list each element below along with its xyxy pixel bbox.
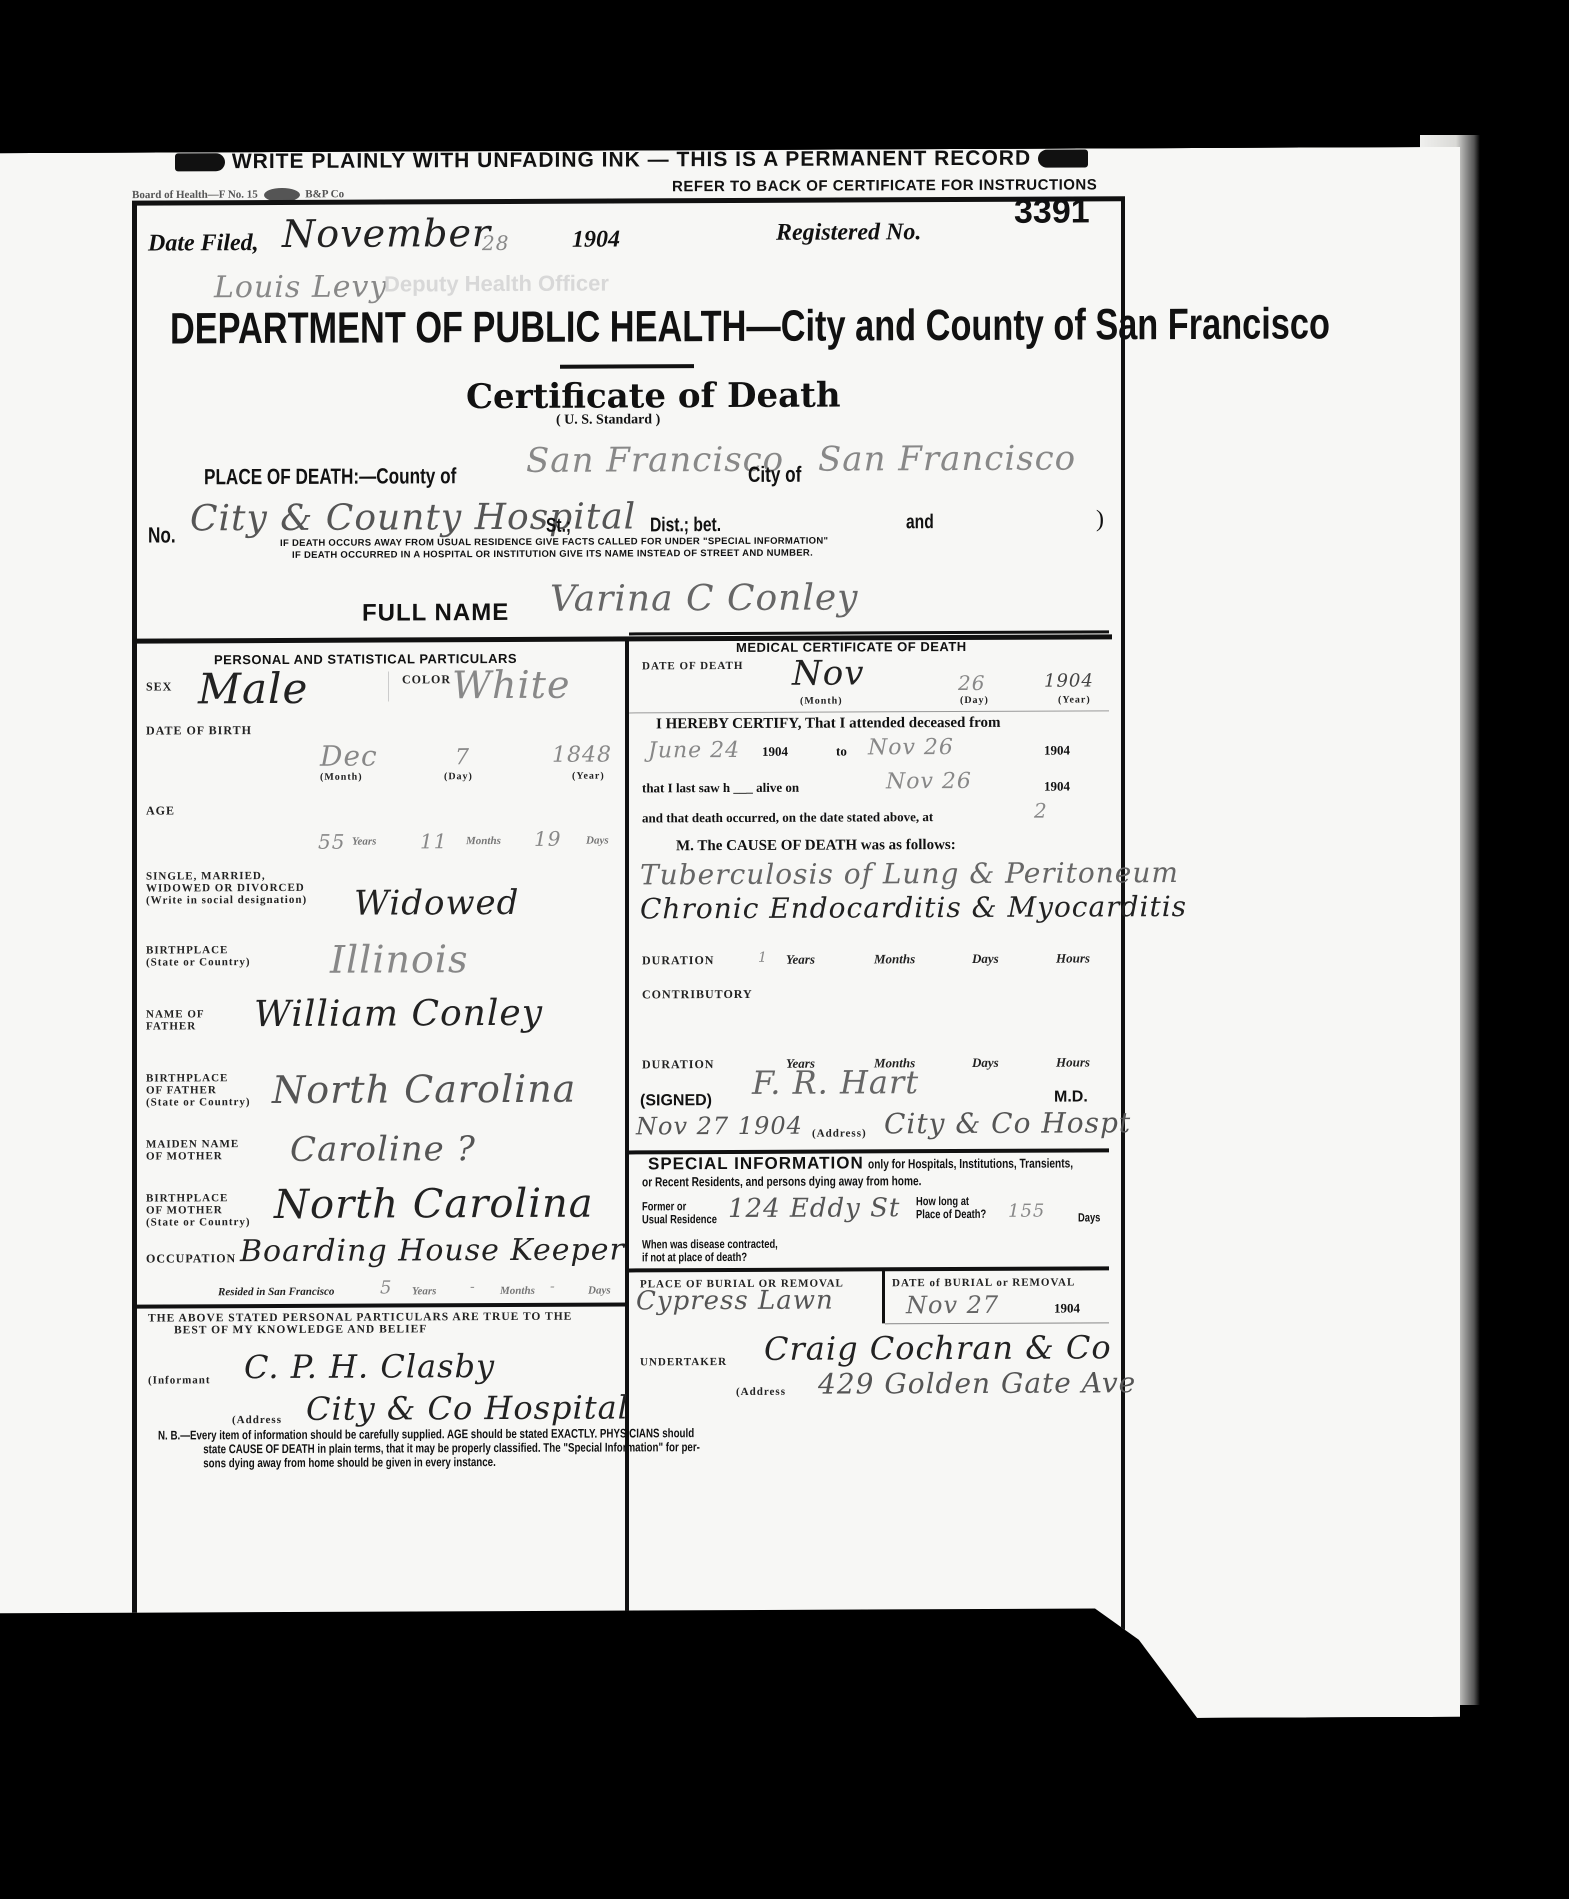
date-filed-year: 1904 [572, 226, 620, 253]
birthplace-value[interactable]: Illinois [330, 937, 468, 982]
nb-label: N. B.— [158, 1428, 190, 1442]
undertaker-label: UNDERTAKER [640, 1356, 727, 1368]
father-birthplace-label: BIRTHPLACE OF FATHER (State or Country) [146, 1072, 251, 1108]
city-value[interactable]: San Francisco [818, 438, 1076, 479]
contrib-hours-label: Hours [1056, 1054, 1090, 1070]
marital-label-2: WIDOWED OR DIVORCED [146, 882, 307, 895]
attended-from-year: 1904 [762, 744, 788, 760]
former-residence[interactable]: 124 Eddy St [728, 1193, 900, 1224]
street-label: St.; [546, 515, 571, 538]
duration-years[interactable]: 1 [758, 950, 768, 966]
duration-days-label: Days [972, 951, 999, 967]
dob-month-label: (Month) [320, 772, 363, 784]
former-residence-label: Former or Usual Residence [642, 1200, 717, 1226]
resided-years-label: Years [412, 1285, 436, 1297]
district-label: Dist.; bet. [650, 514, 721, 537]
department-title: DEPARTMENT OF PUBLIC HEALTH—City and Cou… [170, 300, 1090, 354]
sex-color-divider [388, 671, 389, 701]
dob-year[interactable]: 1848 [552, 743, 612, 768]
dob-month[interactable]: Dec [320, 740, 378, 773]
banner: WRITE PLAINLY WITH UNFADING INK — THIS I… [175, 146, 1088, 174]
date-filed-day[interactable]: 28 [482, 231, 509, 255]
date-filed-month[interactable]: November [282, 211, 491, 256]
cause-line-2[interactable]: Chronic Endocarditis & Myocarditis [640, 890, 1187, 925]
dod-month[interactable]: Nov [792, 653, 864, 693]
attestation-line-1: THE ABOVE STATED PERSONAL PARTICULARS AR… [148, 1311, 572, 1325]
dod-day[interactable]: 26 [958, 671, 985, 695]
burial-date-label: DATE of BURIAL or REMOVAL [892, 1276, 1075, 1289]
color-label: COLOR [402, 673, 451, 685]
deputy-title-stamp: Deputy Health Officer [384, 271, 609, 298]
full-name-label: FULL NAME [362, 599, 509, 628]
occurred-label: and that death occurred, on the date sta… [642, 809, 933, 826]
attended-to-year: 1904 [1044, 743, 1070, 759]
duration-months-label: Months [874, 951, 915, 967]
resided-months-label: Months [500, 1285, 535, 1297]
duration-label: DURATION [642, 954, 714, 966]
full-name-value[interactable]: Varina C Conley [550, 577, 859, 619]
nb-footer: N. B.—Every item of information should b… [158, 1425, 1055, 1471]
city-label: City of [748, 462, 801, 488]
father-label: NAME OF FATHER [146, 1008, 205, 1032]
title-divider [560, 364, 694, 369]
informant-label: (Informant [148, 1374, 211, 1386]
dod-year[interactable]: 1904 [1044, 670, 1094, 691]
place-note-line-2: IF DEATH OCCURRED IN A HOSPITAL OR INSTI… [280, 548, 828, 562]
contracted-label-2: if not at place of death? [642, 1251, 778, 1265]
pointing-hand-icon [1038, 150, 1088, 168]
resided-days-label: Days [588, 1285, 611, 1297]
standard-subtitle: ( U. S. Standard ) [556, 412, 660, 428]
cause-label: M. The CAUSE OF DEATH was as follows: [676, 837, 956, 855]
dod-day-label: (Day) [960, 695, 989, 707]
mother-birthplace[interactable]: North Carolina [274, 1181, 594, 1228]
last-saw-year: 1904 [1044, 779, 1070, 795]
contrib-days-label: Days [972, 1055, 999, 1071]
deputy-signature: Louis Levy [214, 269, 387, 305]
father-bp-label-2: OF FATHER [146, 1084, 251, 1096]
father-label-1: NAME OF [146, 1008, 205, 1020]
informant-address-label: (Address [232, 1414, 282, 1426]
banner-text: WRITE PLAINLY WITH UNFADING INK — THIS I… [232, 147, 1031, 173]
informant-name[interactable]: C. P. H. Clasby [244, 1347, 495, 1386]
mother-bp-label-1: BIRTHPLACE [146, 1192, 251, 1204]
close-paren: ) [1096, 506, 1104, 533]
former-label-2: Usual Residence [642, 1213, 717, 1226]
how-long-days-label: Days [1078, 1210, 1100, 1224]
and-label: and [906, 511, 934, 534]
undertaker-name[interactable]: Craig Cochran & Co [764, 1328, 1112, 1368]
mother-maiden-name[interactable]: Caroline ? [290, 1129, 476, 1170]
dod-month-label: (Month) [800, 696, 843, 708]
attended-from-date[interactable]: June 24 [648, 738, 740, 763]
burial-year: 1904 [1054, 1300, 1080, 1316]
special-info-title: SPECIAL INFORMATION [648, 1153, 864, 1173]
duration-years-label: Years [786, 952, 815, 968]
undertaker-address[interactable]: 429 Golden Gate Ave [818, 1366, 1136, 1400]
age-months[interactable]: 11 [420, 829, 447, 853]
age-label: AGE [146, 804, 175, 816]
informant-address[interactable]: City & Co Hospital [306, 1388, 629, 1427]
county-value[interactable]: San Francisco [526, 440, 784, 481]
dod-label: DATE OF DEATH [642, 660, 743, 672]
pointing-hand-icon [175, 154, 225, 172]
special-info-note-2: or Recent Residents, and persons dying a… [642, 1173, 921, 1189]
sex-value[interactable]: Male [198, 664, 308, 713]
resided-label: Resided in San Francisco [218, 1286, 334, 1299]
resided-days[interactable]: - [550, 1279, 556, 1295]
date-filed-label: Date Filed, [148, 230, 259, 257]
age-days[interactable]: 19 [534, 827, 561, 851]
burial-date-divider [882, 1269, 885, 1323]
dob-day[interactable]: 7 [455, 745, 470, 770]
last-saw-label: that I last saw h ___ alive on [642, 780, 799, 797]
cause-line-1[interactable]: Tuberculosis of Lung & Peritoneum [640, 856, 1179, 891]
place-note: IF DEATH OCCURS AWAY FROM USUAL RESIDENC… [280, 536, 828, 562]
how-long-value[interactable]: 155 [1008, 1201, 1045, 1222]
sex-label: SEX [146, 680, 172, 692]
how-long-label-2: Place of Death? [916, 1208, 986, 1221]
contracted-label: When was disease contracted, if not at p… [642, 1238, 778, 1265]
dob-day-label: (Day) [444, 771, 473, 783]
signed-label: (SIGNED) [640, 1092, 712, 1110]
occupation-label: OCCUPATION [146, 1252, 236, 1264]
attended-to-date[interactable]: Nov 26 [868, 735, 954, 760]
column-divider [625, 638, 629, 1648]
mother-label-2: OF MOTHER [146, 1150, 239, 1162]
marital-label: SINGLE, MARRIED, WIDOWED OR DIVORCED (Wr… [146, 870, 307, 907]
physician-signature[interactable]: F. R. Hart [752, 1063, 919, 1102]
mother-label: MAIDEN NAME OF MOTHER [146, 1138, 239, 1162]
mother-birthplace-label: BIRTHPLACE OF MOTHER (State or Country) [146, 1192, 251, 1228]
place-of-death-label: PLACE OF DEATH:—County of [204, 463, 456, 490]
undertaker-address-label: (Address [736, 1386, 786, 1398]
father-name[interactable]: William Conley [254, 993, 543, 1035]
special-info-heading: SPECIAL INFORMATION only for Hospitals, … [648, 1152, 1188, 1174]
age-months-label: Months [466, 835, 501, 847]
dob-label: DATE OF BIRTH [146, 724, 252, 736]
physician-address[interactable]: City & Co Hospt [884, 1106, 1131, 1140]
resided-years[interactable]: 5 [380, 1277, 392, 1298]
mother-bp-label-3: (State or Country) [146, 1216, 251, 1228]
md-label: M.D. [1054, 1088, 1088, 1106]
father-bp-label-1: BIRTHPLACE [146, 1072, 251, 1084]
certify-text: I HEREBY CERTIFY, That I attended deceas… [656, 715, 1001, 734]
how-long-label: How long at Place of Death? [916, 1195, 986, 1221]
father-bp-label-3: (State or Country) [146, 1096, 251, 1108]
birthplace-label-1: BIRTHPLACE [146, 944, 251, 956]
last-saw-date[interactable]: Nov 26 [886, 769, 972, 794]
to-label: to [836, 743, 847, 759]
physician-address-label: (Address) [812, 1127, 867, 1139]
marital-value[interactable]: Widowed [354, 883, 519, 924]
certificate-title: Certificate of Death [466, 376, 841, 418]
registered-number: 3391 [1014, 192, 1090, 231]
street-no-label: No. [148, 522, 176, 548]
marital-label-1: SINGLE, MARRIED, [146, 870, 307, 883]
marital-label-3: (Write in social designation) [146, 894, 307, 907]
special-info-note: only for Hospitals, Institutions, Transi… [868, 1155, 1118, 1171]
registered-label: Registered No. [776, 219, 921, 247]
burial-date[interactable]: Nov 27 [906, 1291, 999, 1319]
contributory-label: CONTRIBUTORY [642, 988, 753, 1000]
printer-name: B&P Co [305, 188, 344, 200]
father-birthplace[interactable]: North Carolina [272, 1067, 576, 1112]
birthplace-label-2: (State or Country) [146, 956, 251, 968]
dod-year-label: (Year) [1058, 694, 1091, 706]
death-hour[interactable]: 2 [1034, 799, 1048, 823]
burial-place[interactable]: Cypress Lawn [636, 1286, 834, 1317]
mother-bp-label-2: OF MOTHER [146, 1204, 251, 1216]
birthplace-label: BIRTHPLACE (State or Country) [146, 944, 251, 968]
attestation: THE ABOVE STATED PERSONAL PARTICULARS AR… [148, 1311, 572, 1337]
father-label-2: FATHER [146, 1020, 205, 1032]
contributory-duration-label: DURATION [642, 1058, 714, 1070]
duration-hours-label: Hours [1056, 950, 1090, 966]
mother-label-1: MAIDEN NAME [146, 1138, 239, 1150]
occupation-value[interactable]: Boarding House Keeper [240, 1232, 625, 1269]
age-days-label: Days [586, 835, 609, 847]
attestation-line-2: BEST OF MY KNOWLEDGE AND BELIEF [148, 1323, 572, 1337]
death-certificate-page: WRITE PLAINLY WITH UNFADING INK — THIS I… [0, 147, 1460, 1723]
dob-year-label: (Year) [572, 771, 605, 783]
age-years-label: Years [352, 836, 376, 848]
resided-months[interactable]: - [470, 1279, 476, 1295]
signed-date[interactable]: Nov 27 1904 [636, 1112, 803, 1141]
color-value[interactable]: White [452, 663, 570, 708]
age-years[interactable]: 55 [318, 830, 345, 854]
